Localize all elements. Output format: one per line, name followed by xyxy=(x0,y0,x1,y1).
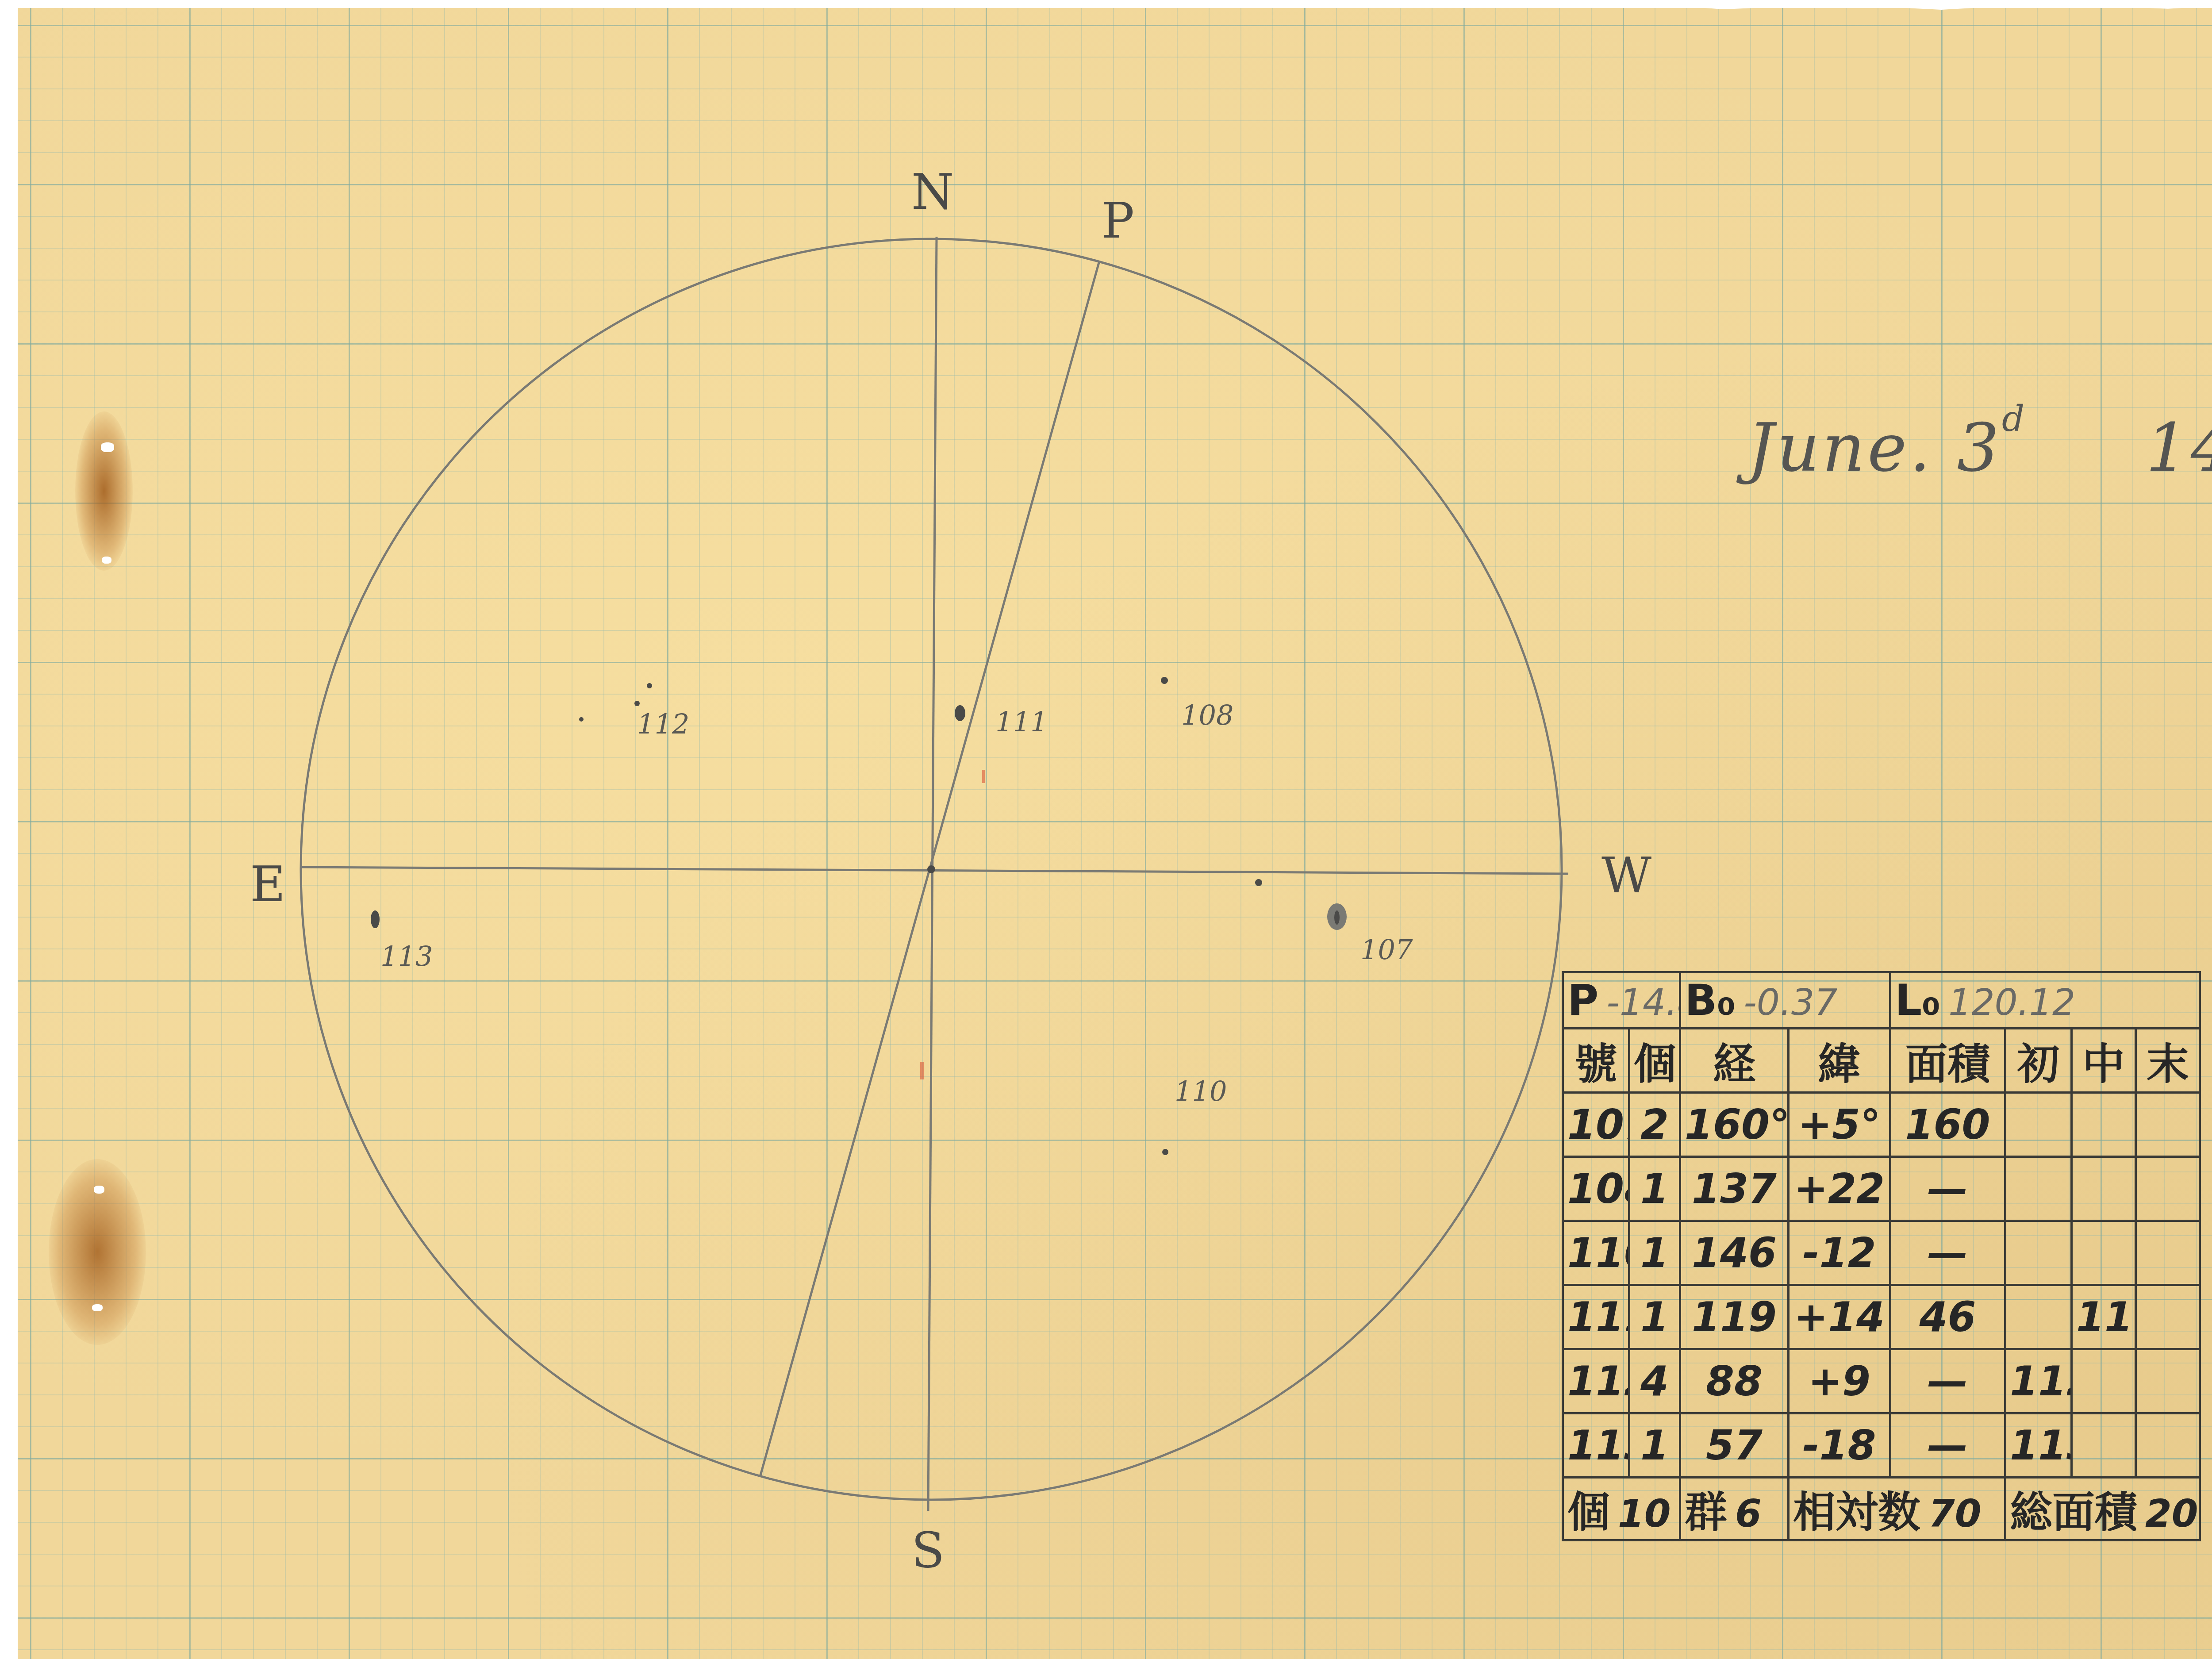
total-label: 群 xyxy=(1685,1487,1727,1537)
red-mark xyxy=(982,770,985,783)
column-header: 緯 xyxy=(1789,1029,1890,1093)
param-value: -0.37 xyxy=(1743,982,1837,1024)
north-label: N xyxy=(911,164,954,220)
cell-area: 160 xyxy=(1890,1093,2005,1157)
cell-no: 107 xyxy=(1563,1093,1629,1157)
sunspot-108-icon xyxy=(1161,677,1168,684)
param-label: L₀ xyxy=(1895,975,1940,1025)
south-label: S xyxy=(911,1522,945,1578)
cell-latitude: +9 xyxy=(1789,1349,1890,1413)
date-day: 3 xyxy=(1957,410,2001,487)
cell-count: 1 xyxy=(1629,1157,1680,1221)
table-row: 108 1 137 +22 — xyxy=(1563,1157,2200,1221)
cell-first: 113 xyxy=(2005,1413,2072,1478)
cell-longitude: 146 xyxy=(1680,1221,1789,1285)
cell-last xyxy=(2136,1349,2200,1413)
cell-middle xyxy=(2072,1157,2136,1221)
cell-longitude: 137 xyxy=(1680,1157,1789,1221)
column-header: 個 xyxy=(1629,1029,1680,1093)
observation-datetime: June. 3d 14h 30m xyxy=(1747,398,2212,487)
disc-center-dot xyxy=(927,865,935,873)
east-label: E xyxy=(250,856,285,913)
sunspot-107-umbra-icon xyxy=(1334,910,1340,925)
sunspot-110-icon xyxy=(1162,1149,1168,1155)
cell-longitude: 88 xyxy=(1680,1349,1789,1413)
cell-count: 4 xyxy=(1629,1349,1680,1413)
total-label: 相対数 xyxy=(1793,1487,1920,1537)
cell-latitude: +5° xyxy=(1789,1093,1890,1157)
total-value: 206 xyxy=(2145,1492,2200,1536)
cell-latitude: +14 xyxy=(1789,1285,1890,1349)
cell-middle: 111 xyxy=(2072,1285,2136,1349)
column-header: 末 xyxy=(2136,1029,2200,1093)
column-header: 経 xyxy=(1680,1029,1789,1093)
sunspot-label-113: 113 xyxy=(380,940,433,972)
cell-no: 112 xyxy=(1563,1349,1629,1413)
table-row: 111 1 119 +14 46 111 xyxy=(1563,1285,2200,1349)
cell-count: 2 xyxy=(1629,1093,1680,1157)
column-header: 中 xyxy=(2072,1029,2136,1093)
cell-first xyxy=(2005,1221,2072,1285)
cell-area: — xyxy=(1890,1413,2005,1478)
cell-area: — xyxy=(1890,1157,2005,1221)
param-value: -14.84 xyxy=(1606,982,1680,1024)
cell-last xyxy=(2136,1157,2200,1221)
relative-number-cell: 相対数70 xyxy=(1789,1478,2005,1540)
cell-area: — xyxy=(1890,1221,2005,1285)
param-p-cell: P-14.84 xyxy=(1563,972,1680,1029)
cell-last xyxy=(2136,1285,2200,1349)
param-value: 120.12 xyxy=(1948,982,2075,1024)
total-area-cell: 総面積206 xyxy=(2005,1478,2200,1540)
total-spots-cell: 個10 xyxy=(1563,1478,1680,1540)
date-month: June. xyxy=(1747,410,1933,487)
table-row: 113 1 57 -18 — 113 xyxy=(1563,1413,2200,1478)
cell-latitude: -12 xyxy=(1789,1221,1890,1285)
sunspot-label-108: 108 xyxy=(1181,699,1233,731)
sunspot-dot-icon xyxy=(1255,879,1262,886)
cell-longitude: 160° xyxy=(1680,1093,1789,1157)
total-value: 10 xyxy=(1618,1492,1671,1536)
time-hour: 14 xyxy=(2146,410,2212,487)
cell-longitude: 119 xyxy=(1680,1285,1789,1349)
red-mark xyxy=(920,1062,924,1079)
cell-middle xyxy=(2072,1413,2136,1478)
cell-last xyxy=(2136,1413,2200,1478)
total-label: 総面積 xyxy=(2010,1487,2137,1537)
param-b0-cell: B₀-0.37 xyxy=(1680,972,1890,1029)
sunspot-112-icon xyxy=(634,701,640,706)
total-label: 個 xyxy=(1567,1487,1610,1537)
sunspot-label-107: 107 xyxy=(1360,933,1413,966)
cell-last xyxy=(2136,1221,2200,1285)
param-label: P xyxy=(1567,975,1598,1025)
sunspot-label-112: 112 xyxy=(637,708,689,740)
table-row: 110 1 146 -12 — xyxy=(1563,1221,2200,1285)
cell-no: 111 xyxy=(1563,1285,1629,1349)
total-value: 70 xyxy=(1928,1492,1982,1536)
sunspot-data-table: P-14.84 B₀-0.37 L₀120.12 號 個 経 緯 面積 初 中 … xyxy=(1562,971,2201,1541)
totals-row: 個10 群6 相対数70 総面積206 xyxy=(1563,1478,2200,1540)
cell-no: 110 xyxy=(1563,1221,1629,1285)
cell-first: 112 xyxy=(2005,1349,2072,1413)
cell-middle xyxy=(2072,1221,2136,1285)
column-header: 面積 xyxy=(1890,1029,2005,1093)
cell-area: — xyxy=(1890,1349,2005,1413)
total-groups-cell: 群6 xyxy=(1680,1478,1789,1540)
cell-count: 1 xyxy=(1629,1221,1680,1285)
cell-middle xyxy=(2072,1093,2136,1157)
sunspot-111-icon xyxy=(955,705,965,721)
cell-count: 1 xyxy=(1629,1413,1680,1478)
west-label: W xyxy=(1601,847,1651,904)
sunspot-113-icon xyxy=(371,910,380,928)
cell-no: 108 xyxy=(1563,1157,1629,1221)
cell-longitude: 57 xyxy=(1680,1413,1789,1478)
total-value: 6 xyxy=(1735,1492,1762,1536)
sunspot-label-110: 110 xyxy=(1175,1075,1227,1107)
date-day-unit: d xyxy=(2002,398,2027,439)
sunspot-112-icon xyxy=(647,683,652,688)
table-row: 107 2 160° +5° 160 xyxy=(1563,1093,2200,1157)
cell-latitude: -18 xyxy=(1789,1413,1890,1478)
column-header: 初 xyxy=(2005,1029,2072,1093)
param-l0-cell: L₀120.12 xyxy=(1890,972,2200,1029)
cell-middle xyxy=(2072,1349,2136,1413)
column-header-row: 號 個 経 緯 面積 初 中 末 xyxy=(1563,1029,2200,1093)
cell-count: 1 xyxy=(1629,1285,1680,1349)
cell-area: 46 xyxy=(1890,1285,2005,1349)
cell-last xyxy=(2136,1093,2200,1157)
param-row: P-14.84 B₀-0.37 L₀120.12 xyxy=(1563,972,2200,1029)
cell-first xyxy=(2005,1093,2072,1157)
cell-latitude: +22 xyxy=(1789,1157,1890,1221)
cell-no: 113 xyxy=(1563,1413,1629,1478)
cell-first xyxy=(2005,1157,2072,1221)
sunspot-112-icon xyxy=(579,717,584,722)
param-label: B₀ xyxy=(1685,975,1736,1025)
table-row: 112 4 88 +9 — 112 xyxy=(1563,1349,2200,1413)
cell-first xyxy=(2005,1285,2072,1349)
sunspot-label-111: 111 xyxy=(995,706,1048,738)
column-header: 號 xyxy=(1563,1029,1629,1093)
pole-label: P xyxy=(1102,192,1134,249)
